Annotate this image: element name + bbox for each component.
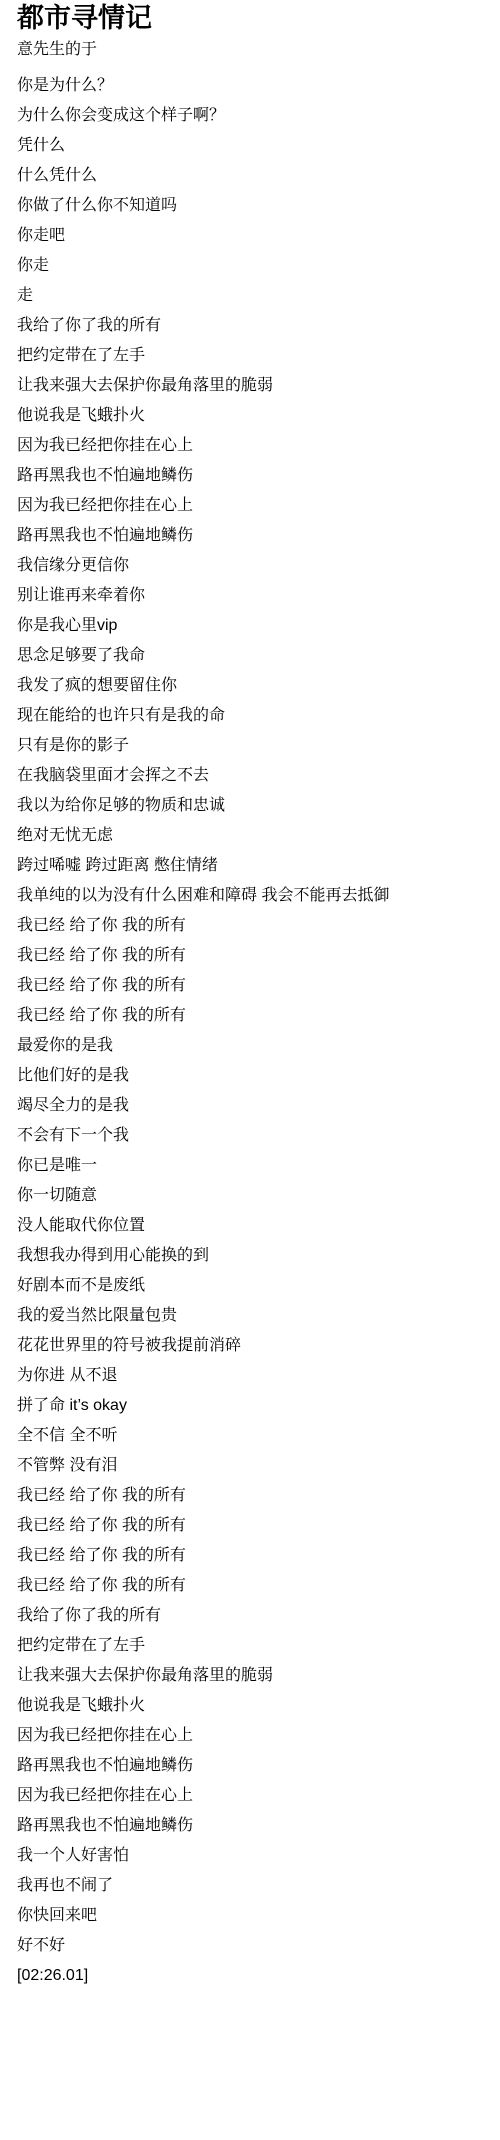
lyric-line: 好剧本而不是废纸 xyxy=(17,1271,488,1301)
lyric-line: 你做了什么你不知道吗 xyxy=(17,191,488,221)
lyric-line: 路再黑我也不怕遍地鳞伤 xyxy=(17,1751,488,1781)
lyric-line: 我已经 给了你 我的所有 xyxy=(17,941,488,971)
lyric-line: 竭尽全力的是我 xyxy=(17,1091,488,1121)
lyric-line: 思念足够要了我命 xyxy=(17,641,488,671)
lyric-line: 在我脑袋里面才会挥之不去 xyxy=(17,761,488,791)
lyric-line: 比他们好的是我 xyxy=(17,1061,488,1091)
lyric-line: 把约定带在了左手 xyxy=(17,341,488,371)
lyric-line: 他说我是飞蛾扑火 xyxy=(17,1691,488,1721)
lyric-line: 好不好 xyxy=(17,1931,488,1961)
lyric-line: 因为我已经把你挂在心上 xyxy=(17,491,488,521)
lyric-line: 我已经 给了你 我的所有 xyxy=(17,1541,488,1571)
lyric-line: 因为我已经把你挂在心上 xyxy=(17,431,488,461)
artist-name: 意先生的于 xyxy=(17,39,488,61)
lyric-line: 我信缘分更信你 xyxy=(17,551,488,581)
lyric-line: 我已经 给了你 我的所有 xyxy=(17,1571,488,1601)
lyric-line: 拼了命 it’s okay xyxy=(17,1391,488,1421)
lyric-line: 跨过唏嘘 跨过距离 憋住情绪 xyxy=(17,851,488,881)
lyric-line: 我已经 给了你 我的所有 xyxy=(17,1481,488,1511)
lyric-line: 我给了你了我的所有 xyxy=(17,311,488,341)
lyric-line: 把约定带在了左手 xyxy=(17,1631,488,1661)
lyric-line: 只有是你的影子 xyxy=(17,731,488,761)
lyric-line: 我再也不闹了 xyxy=(17,1871,488,1901)
lyric-line: 凭什么 xyxy=(17,131,488,161)
lyrics-body: 你是为什么？为什么你会变成这个样子啊？凭什么什么凭什么你做了什么你不知道吗你走吧… xyxy=(17,71,488,1991)
lyric-line: 让我来强大去保护你最角落里的脆弱 xyxy=(17,1661,488,1691)
lyric-line: 别让谁再来牵着你 xyxy=(17,581,488,611)
lyric-line: 他说我是飞蛾扑火 xyxy=(17,401,488,431)
lyric-line: 绝对无忧无虑 xyxy=(17,821,488,851)
lyric-line: 你一切随意 xyxy=(17,1181,488,1211)
lyric-line: 你走 xyxy=(17,251,488,281)
lyric-line: 什么凭什么 xyxy=(17,161,488,191)
lyric-line: 你快回来吧 xyxy=(17,1901,488,1931)
lyric-line: 路再黑我也不怕遍地鳞伤 xyxy=(17,461,488,491)
lyric-line: 我已经 给了你 我的所有 xyxy=(17,1511,488,1541)
lyric-line: 没人能取代你位置 xyxy=(17,1211,488,1241)
lyric-line: 我的爱当然比限量包贵 xyxy=(17,1301,488,1331)
lyric-line: 因为我已经把你挂在心上 xyxy=(17,1721,488,1751)
lyric-line: 不管弊 没有泪 xyxy=(17,1451,488,1481)
lyric-line: 全不信 全不听 xyxy=(17,1421,488,1451)
lyric-line: 为什么你会变成这个样子啊？ xyxy=(17,101,488,131)
lyric-line: 你是我心里vip xyxy=(17,611,488,641)
lyric-line: 你走吧 xyxy=(17,221,488,251)
lyric-line: 路再黑我也不怕遍地鳞伤 xyxy=(17,1811,488,1841)
lyric-line: 你是为什么？ xyxy=(17,71,488,101)
lyric-line: 我已经 给了你 我的所有 xyxy=(17,971,488,1001)
lyric-line: 最爱你的是我 xyxy=(17,1031,488,1061)
lyric-line: 我发了疯的想要留住你 xyxy=(17,671,488,701)
lyric-line: 我已经 给了你 我的所有 xyxy=(17,1001,488,1031)
lyric-line: 我单纯的以为没有什么困难和障碍 我会不能再去抵御 xyxy=(17,881,488,911)
song-title: 都市寻情记 xyxy=(17,1,488,35)
lyric-line: 我想我办得到用心能换的到 xyxy=(17,1241,488,1271)
lyric-line: 我以为给你足够的物质和忠诚 xyxy=(17,791,488,821)
lyric-line: 我一个人好害怕 xyxy=(17,1841,488,1871)
lyric-line: 不会有下一个我 xyxy=(17,1121,488,1151)
lyric-line: 你已是唯一 xyxy=(17,1151,488,1181)
lyric-line: 花花世界里的符号被我提前消碎 xyxy=(17,1331,488,1361)
lyric-line: 让我来强大去保护你最角落里的脆弱 xyxy=(17,371,488,401)
lyrics-page: 都市寻情记 意先生的于 你是为什么？为什么你会变成这个样子啊？凭什么什么凭什么你… xyxy=(0,0,500,1991)
lyric-line: 因为我已经把你挂在心上 xyxy=(17,1781,488,1811)
lyric-line: 现在能给的也许只有是我的命 xyxy=(17,701,488,731)
lyric-timestamp: [02:26.01] xyxy=(17,1961,488,1991)
lyric-line: 我已经 给了你 我的所有 xyxy=(17,911,488,941)
lyric-line: 走 xyxy=(17,281,488,311)
lyric-line: 为你进 从不退 xyxy=(17,1361,488,1391)
lyric-line: 我给了你了我的所有 xyxy=(17,1601,488,1631)
lyric-line: 路再黑我也不怕遍地鳞伤 xyxy=(17,521,488,551)
